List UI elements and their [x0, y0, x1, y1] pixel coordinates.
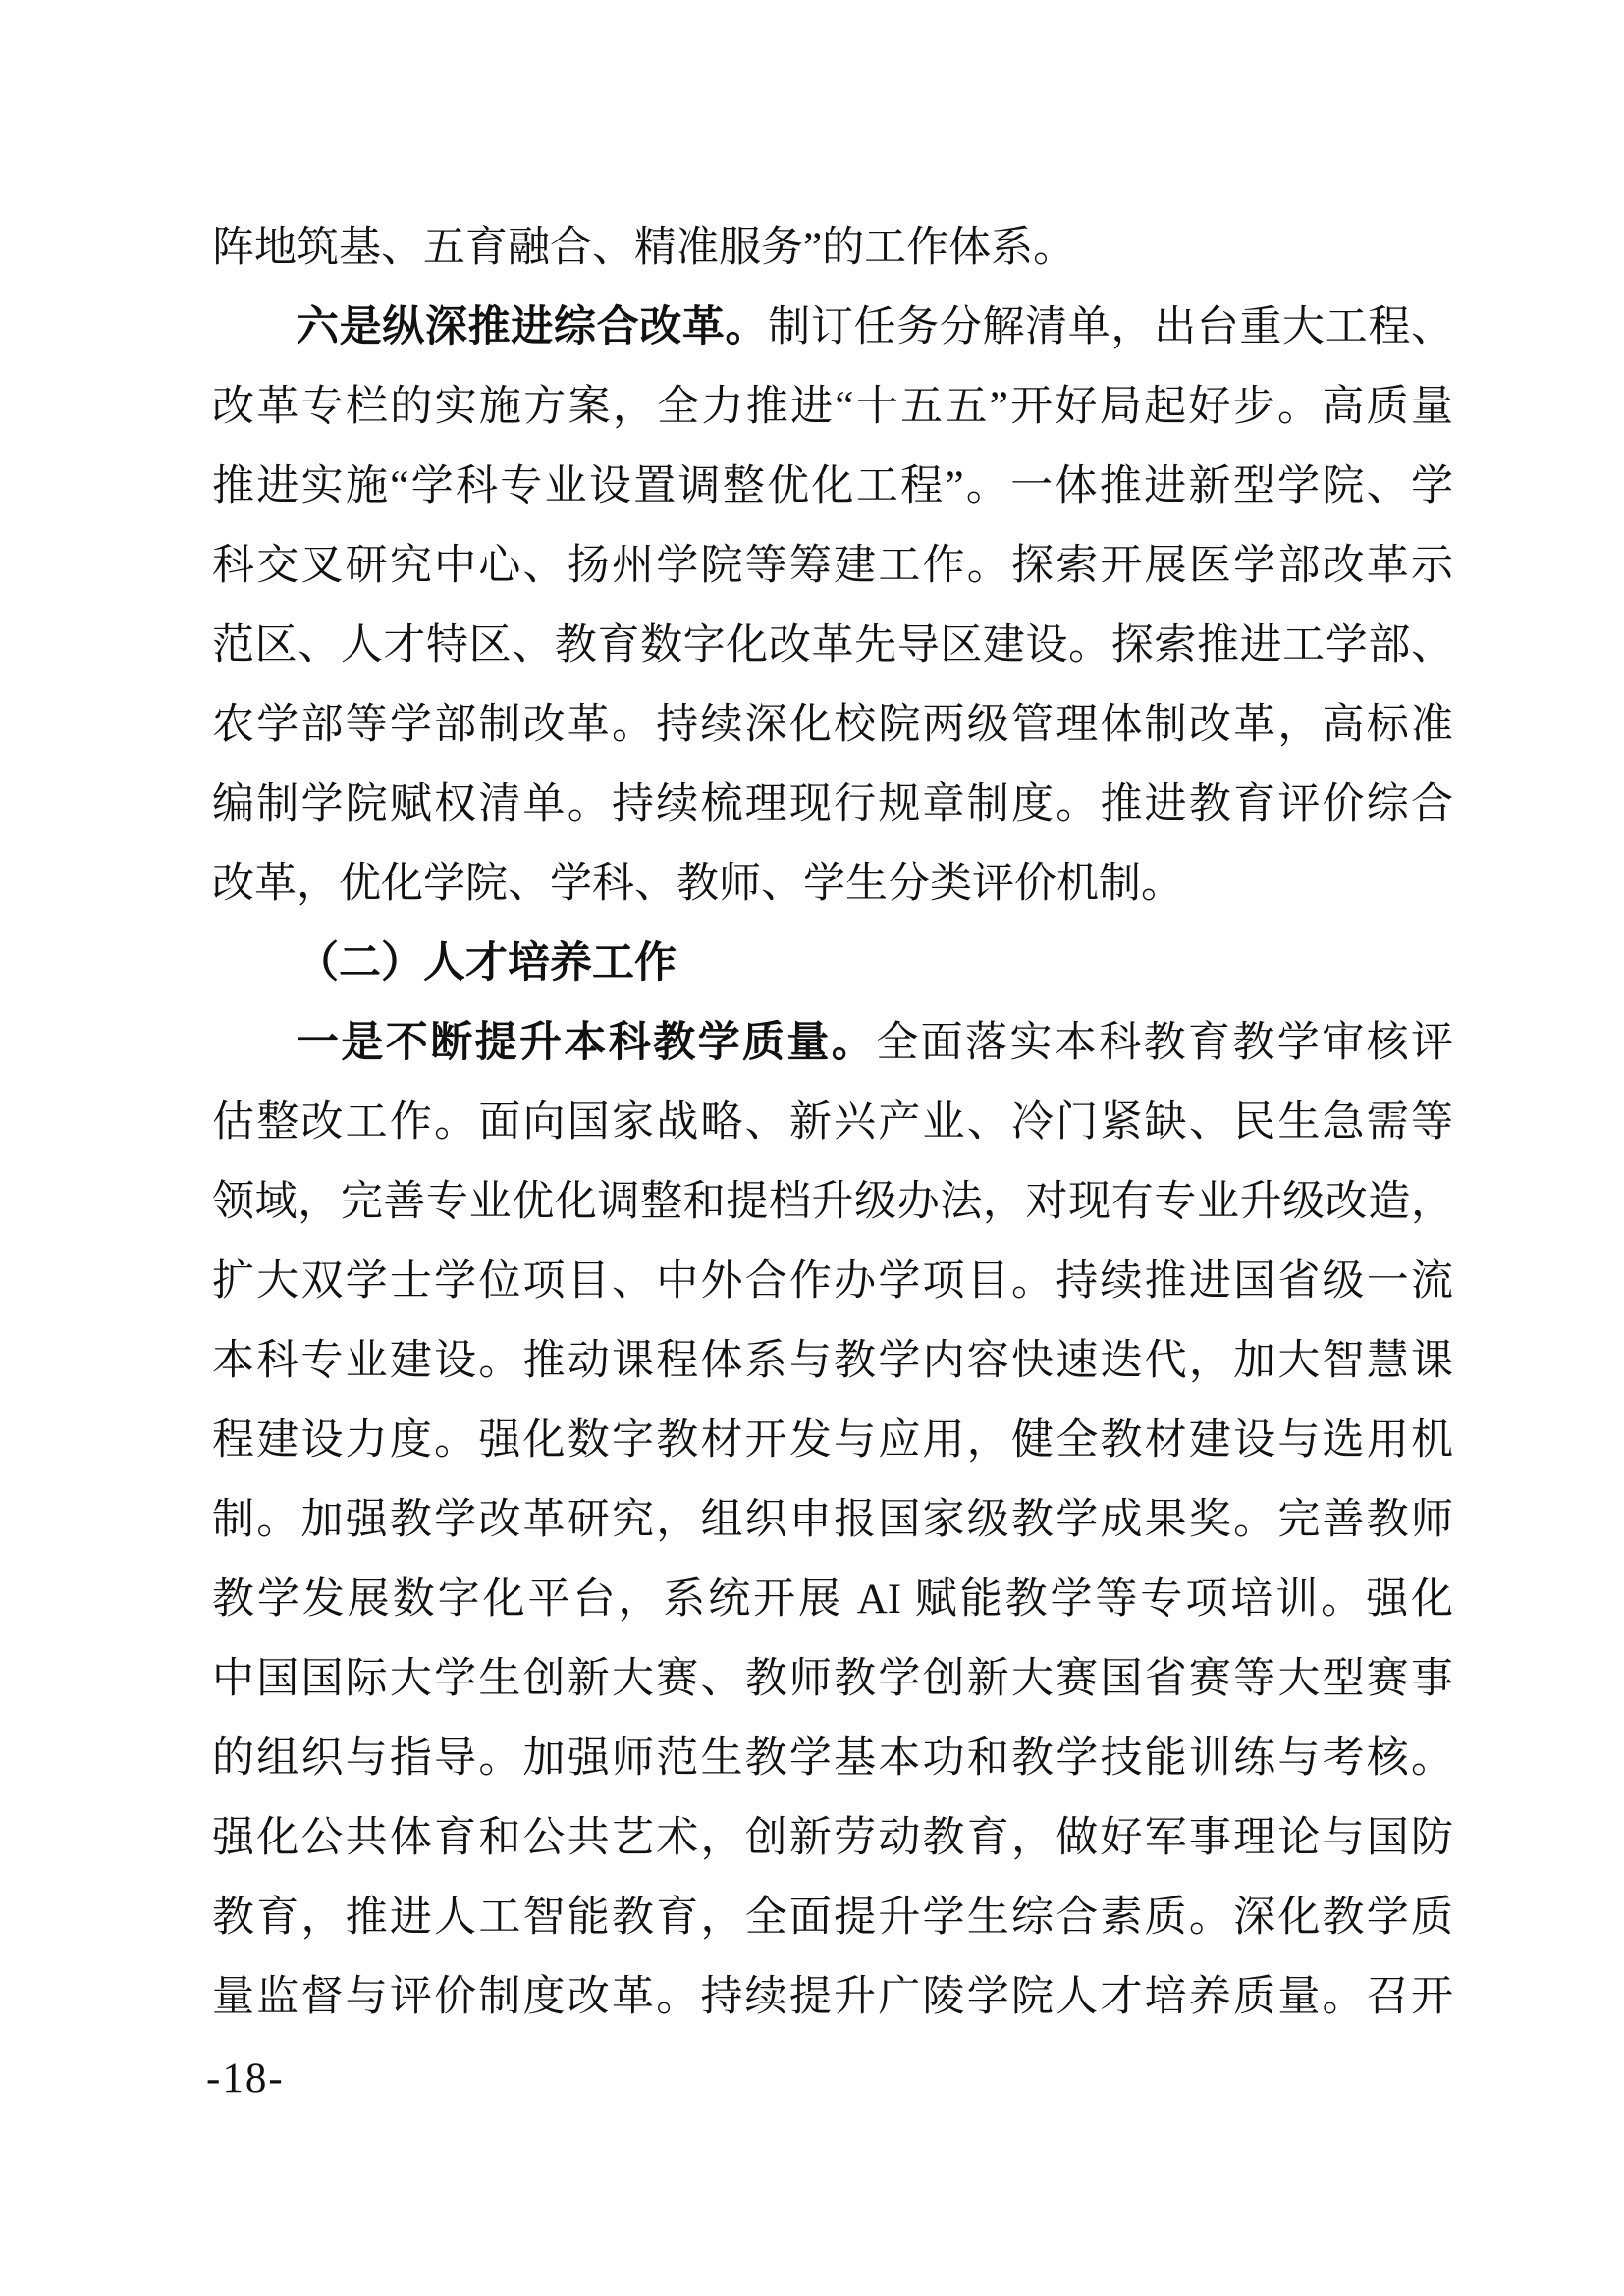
section-heading: （二）人才培养工作 — [212, 924, 1453, 1003]
text-line: 制。加强教学改革研究，组织申报国家级教学成果奖。完善教师 — [212, 1480, 1453, 1560]
text-line: 量监督与评价制度改革。持续提升广陵学院人才培养质量。召开 — [212, 1957, 1453, 2037]
document-body: 阵地筑基、五育融合、精准服务”的工作体系。 六是纵深推进综合改革。制订任务分解清… — [212, 208, 1453, 2037]
line-text: 领域，完善专业优化调整和提档升级办法，对现有专业升级改造， — [212, 1179, 1453, 1225]
line-text: 的组织与指导。加强师范生教学基本功和教学技能训练与考核。 — [212, 1735, 1453, 1782]
line-text: 全面落实本科教育教学审核评 — [876, 1020, 1453, 1066]
line-text: 教育，推进人工智能教育，全面提升学生综合素质。深化教学质 — [212, 1895, 1453, 1941]
page-number: -18- — [206, 2050, 285, 2109]
document-page: 阵地筑基、五育融合、精准服务”的工作体系。 六是纵深推进综合改革。制订任务分解清… — [0, 0, 1624, 2296]
text-line: 教学发展数字化平台，系统开展 AI 赋能教学等专项培训。强化 — [212, 1560, 1453, 1639]
line-text: 中国国际大学生创新大赛、教师教学创新大赛国省赛等大型赛事 — [212, 1656, 1453, 1702]
line-text: 科交叉研究中心、扬州学院等筹建工作。探索开展医学部改革示 — [212, 543, 1453, 589]
text-line: 编制学院赋权清单。持续梳理现行规章制度。推进教育评价综合 — [212, 765, 1453, 844]
text-line: 推进实施“学科专业设置调整优化工程”。一体推进新型学院、学 — [212, 447, 1453, 526]
text-line: 程建设力度。强化数字教材开发与应用，健全教材建设与选用机 — [212, 1401, 1453, 1480]
text-line: 的组织与指导。加强师范生教学基本功和教学技能训练与考核。 — [212, 1719, 1453, 1798]
bold-lead: 一是不断提升本科教学质量。 — [297, 1020, 876, 1066]
line-text: 改革专栏的实施方案，全力推进“十五五”开好局起好步。高质量 — [212, 384, 1453, 430]
text-line: 中国国际大学生创新大赛、教师教学创新大赛国省赛等大型赛事 — [212, 1639, 1453, 1719]
text-line: 改革专栏的实施方案，全力推进“十五五”开好局起好步。高质量 — [212, 367, 1453, 447]
line-text: 编制学院赋权清单。持续梳理现行规章制度。推进教育评价综合 — [212, 781, 1453, 828]
text-line: 阵地筑基、五育融合、精准服务”的工作体系。 — [212, 208, 1453, 288]
line-text: 估整改工作。面向国家战略、新兴产业、冷门紧缺、民生急需等 — [212, 1099, 1453, 1146]
text-line: 估整改工作。面向国家战略、新兴产业、冷门紧缺、民生急需等 — [212, 1083, 1453, 1162]
line-text: 制。加强教学改革研究，组织申报国家级教学成果奖。完善教师 — [212, 1497, 1453, 1543]
text-line: 教育，推进人工智能教育，全面提升学生综合素质。深化教学质 — [212, 1878, 1453, 1957]
line-text: 扩大双学士学位项目、中外合作办学项目。持续推进国省级一流 — [212, 1258, 1453, 1305]
bold-lead: 六是纵深推进综合改革。 — [297, 304, 768, 350]
text-line: 范区、人才特区、教育数字化改革先导区建设。探索推进工学部、 — [212, 606, 1453, 685]
line-text: 制订任务分解清单，出台重大工程、 — [768, 304, 1453, 350]
paragraph-start-line: 一是不断提升本科教学质量。全面落实本科教育教学审核评 — [212, 1003, 1453, 1083]
line-text: 教学发展数字化平台，系统开展 AI 赋能教学等专项培训。强化 — [212, 1576, 1453, 1623]
paragraph-start-line: 六是纵深推进综合改革。制订任务分解清单，出台重大工程、 — [212, 288, 1453, 367]
text-line: 领域，完善专业优化调整和提档升级办法，对现有专业升级改造， — [212, 1162, 1453, 1242]
line-text: 推进实施“学科专业设置调整优化工程”。一体推进新型学院、学 — [212, 463, 1453, 509]
line-text: 范区、人才特区、教育数字化改革先导区建设。探索推进工学部、 — [212, 622, 1453, 668]
heading-text: （二）人才培养工作 — [297, 940, 677, 987]
line-text: 强化公共体育和公共艺术，创新劳动教育，做好军事理论与国防 — [212, 1815, 1453, 1861]
line-text: 改革，优化学院、学科、教师、学生分类评价机制。 — [212, 861, 1183, 907]
text-line: 农学部等学部制改革。持续深化校院两级管理体制改革，高标准 — [212, 685, 1453, 765]
line-text: 农学部等学部制改革。持续深化校院两级管理体制改革，高标准 — [212, 702, 1453, 748]
line-text: 程建设力度。强化数字教材开发与应用，健全教材建设与选用机 — [212, 1417, 1453, 1464]
text-line: 科交叉研究中心、扬州学院等筹建工作。探索开展医学部改革示 — [212, 526, 1453, 606]
text-line: 本科专业建设。推动课程体系与教学内容快速迭代，加大智慧课 — [212, 1321, 1453, 1401]
text-line: 扩大双学士学位项目、中外合作办学项目。持续推进国省级一流 — [212, 1242, 1453, 1321]
text-line: 强化公共体育和公共艺术，创新劳动教育，做好军事理论与国防 — [212, 1798, 1453, 1878]
line-text: 本科专业建设。推动课程体系与教学内容快速迭代，加大智慧课 — [212, 1338, 1453, 1384]
paragraph-end-line: 改革，优化学院、学科、教师、学生分类评价机制。 — [212, 844, 1453, 924]
line-text: 阵地筑基、五育融合、精准服务”的工作体系。 — [212, 225, 1075, 271]
line-text: 量监督与评价制度改革。持续提升广陵学院人才培养质量。召开 — [212, 1974, 1453, 2020]
